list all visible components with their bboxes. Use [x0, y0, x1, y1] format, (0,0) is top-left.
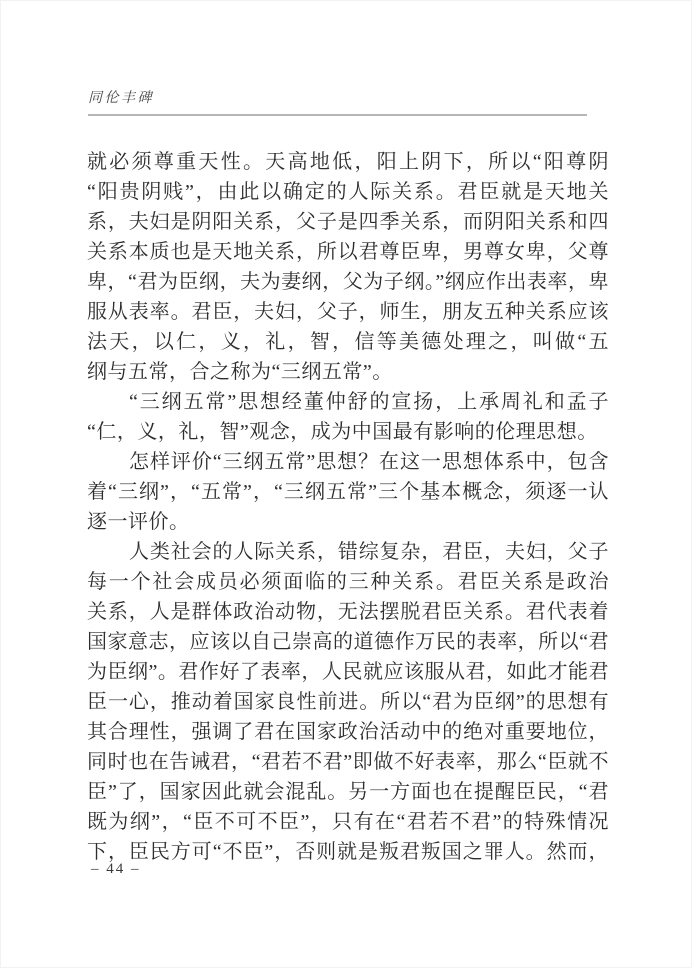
text-line: 为臣纲”。君作好了表率，人民就应该服从君，如此才能君	[87, 657, 609, 687]
page-number: – 44 –	[91, 859, 141, 879]
text-line: 关系本质也是天地关系，所以君尊臣卑，男尊女卑，父尊子	[87, 237, 609, 267]
text-line: 怎样评价“三纲五常”思想？在这一思想体系中，包含	[87, 447, 609, 477]
book-page: 同伦丰碑 就必须尊重天性。天高地低，阳上阴下，所以“阳尊阴卑”，“阳贵阴贱”，由…	[0, 0, 692, 968]
text-line: 纲与五常，合之称为“三纲五常”。	[87, 357, 609, 387]
text-line: 系，夫妇是阴阳关系，父子是四季关系，而阴阳关系和四季	[87, 207, 609, 237]
text-line: “仁，义，礼，智”观念，成为中国最有影响的伦理思想。	[87, 417, 609, 447]
text-line: 就必须尊重天性。天高地低，阳上阴下，所以“阳尊阴卑”，	[87, 147, 609, 177]
text-line: “三纲五常”思想经董仲舒的宣扬，上承周礼和孟子	[87, 387, 609, 417]
text-line: 臣一心，推动着国家良性前进。所以“君为臣纲”的思想有	[87, 687, 609, 717]
text-line: “阳贵阴贱”，由此以确定的人际关系。君臣就是天地关	[87, 177, 609, 207]
body-text: 就必须尊重天性。天高地低，阳上阴下，所以“阳尊阴卑”，“阳贵阴贱”，由此以确定的…	[87, 147, 609, 867]
text-line: 关系，人是群体政治动物，无法摆脱君臣关系。君代表着	[87, 597, 609, 627]
text-line: 臣”了，国家因此就会混乱。另一方面也在提醒臣民，“君	[87, 777, 609, 807]
text-line: 卑，“君为臣纲，夫为妻纲，父为子纲。”纲应作出表率，卑应	[87, 267, 609, 297]
running-header-title: 同伦丰碑	[88, 90, 154, 108]
text-line: 同时也在告诫君，“君若不君”即做不好表率，那么“臣就不	[87, 747, 609, 777]
text-line: 着“三纲”，“五常”，“三纲五常”三个基本概念，须逐一认识	[87, 477, 609, 507]
paragraph: 就必须尊重天性。天高地低，阳上阴下，所以“阳尊阴卑”，“阳贵阴贱”，由此以确定的…	[87, 147, 609, 387]
text-line: 其合理性，强调了君在国家政治活动中的绝对重要地位，	[87, 717, 609, 747]
text-line: 国家意志，应该以自己崇高的道德作万民的表率，所以“君	[87, 627, 609, 657]
paragraph: 人类社会的人际关系，错综复杂，君臣，夫妇，父子是每一个社会成员必须面临的三种关系…	[87, 537, 609, 867]
paragraph: “三纲五常”思想经董仲舒的宣扬，上承周礼和孟子“仁，义，礼，智”观念，成为中国最…	[87, 387, 609, 447]
text-line: 法天，以仁，义，礼，智，信等美德处理之，叫做“五常”。三	[87, 327, 609, 357]
header-rule	[88, 114, 587, 116]
text-line: 下，臣民方可“不臣”，否则就是叛君叛国之罪人。然而，	[87, 837, 609, 867]
text-line: 人类社会的人际关系，错综复杂，君臣，夫妇，父子是	[87, 537, 609, 567]
text-line: 每一个社会成员必须面临的三种关系。君臣关系是政治	[87, 567, 609, 597]
paragraph: 怎样评价“三纲五常”思想？在这一思想体系中，包含着“三纲”，“五常”，“三纲五常…	[87, 447, 609, 537]
text-line: 逐一评价。	[87, 507, 609, 537]
running-header: 同伦丰碑	[88, 89, 587, 116]
text-line: 既为纲”，“臣不可不臣”，只有在“君若不君”的特殊情况	[87, 807, 609, 837]
text-line: 服从表率。君臣，夫妇，父子，师生，朋友五种关系应该效	[87, 297, 609, 327]
